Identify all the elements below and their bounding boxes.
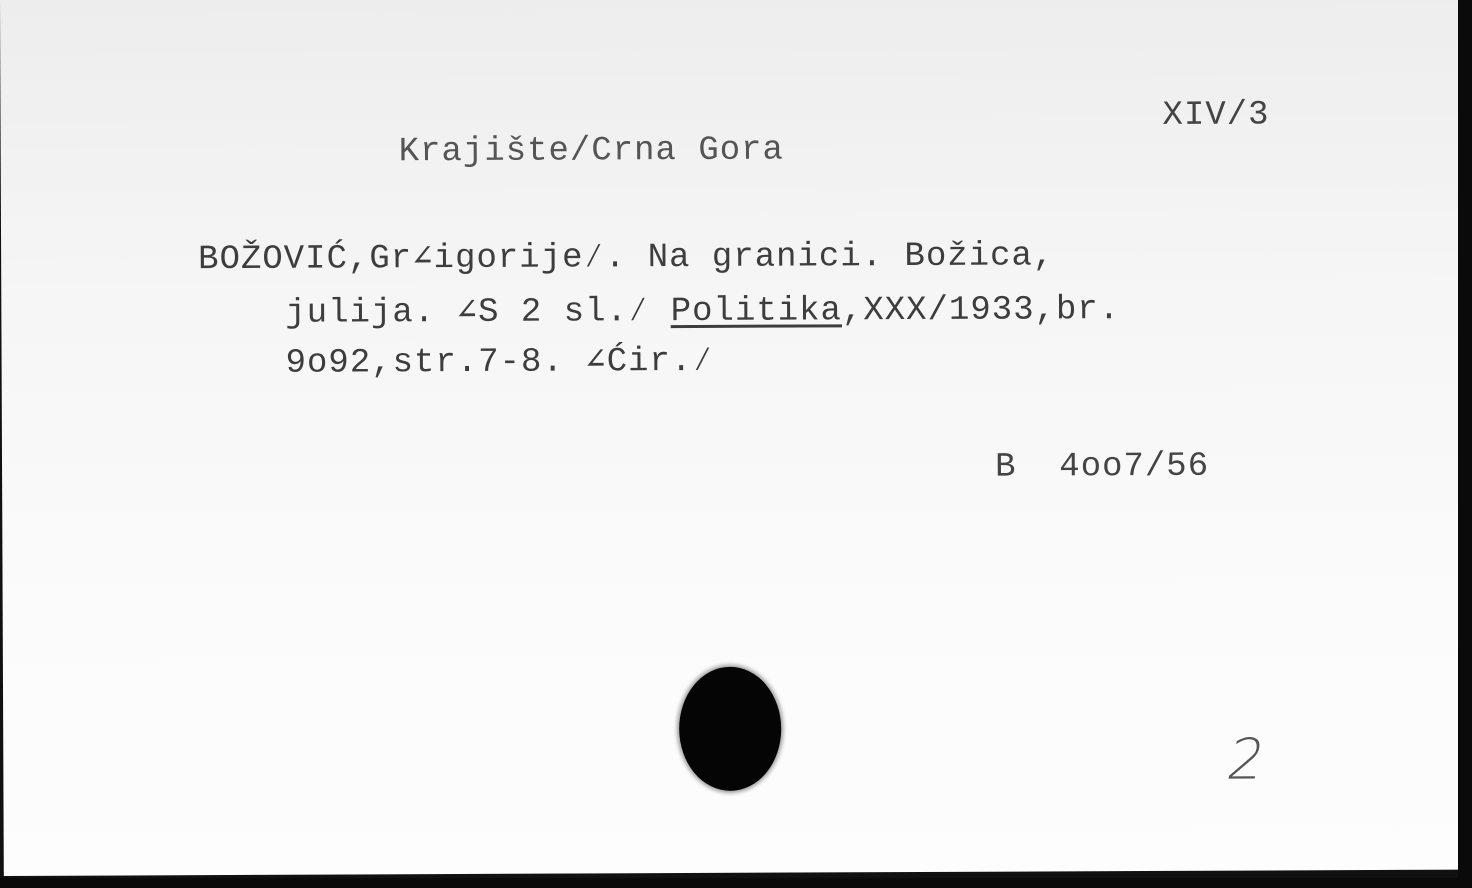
- entry-line-2-suffix: ,XXX/1933,br.: [842, 291, 1120, 330]
- scan-border-bottom: [0, 878, 1472, 888]
- entry-line-2-prefix: julija. ∠S 2 sl.⁄: [285, 293, 670, 333]
- handwritten-number: 2: [1223, 732, 1270, 788]
- publication-title: Politika: [671, 292, 842, 331]
- entry-line-3: 9o92,str.7-8. ∠Ćir.⁄: [286, 345, 714, 381]
- scan-border-right: [1458, 0, 1472, 888]
- classification-code: XIV/3: [1162, 98, 1269, 132]
- entry-line-2: julija. ∠S 2 sl.⁄ Politika,XXX/1933,br.: [285, 293, 1120, 331]
- catalog-card: Krajište/Crna Gora XIV/3 BOŽOVIĆ,Gr∠igor…: [0, 0, 1466, 876]
- entry-line-1: BOŽOVIĆ,Gr∠igorije⁄. Na granici. Božica,: [198, 239, 1054, 277]
- call-number: B 4oo7/56: [995, 450, 1209, 485]
- punch-hole: [679, 667, 782, 791]
- card-heading: Krajište/Crna Gora: [399, 134, 784, 170]
